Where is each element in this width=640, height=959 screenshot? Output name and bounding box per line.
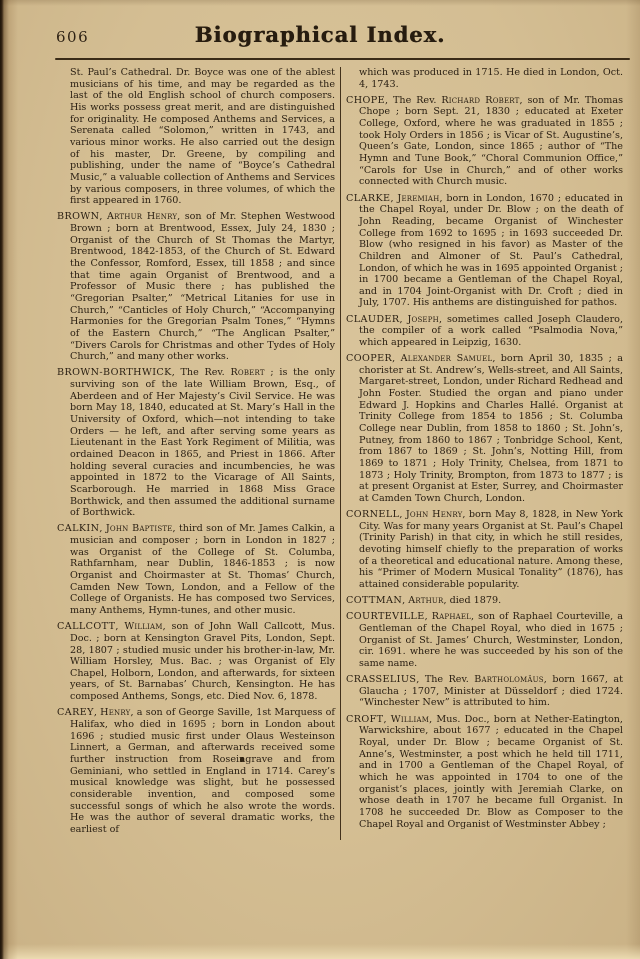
- entry-text: ,: [392, 353, 400, 364]
- entry-headword: CORNELL: [346, 509, 399, 520]
- entry-text: ,: [425, 611, 432, 622]
- entry-headword: CRASSELIUS: [346, 674, 416, 685]
- entry-text: , born in London, 1670 ; educated in the…: [359, 193, 623, 309]
- entry-text: which was produced in 1715. He died in L…: [359, 67, 623, 90]
- index-entry: BROWN-BORTHWICK, The Rev. Robert ; is th…: [57, 367, 335, 519]
- entry-given-names: Henry: [100, 707, 130, 718]
- index-entry: CLAUDER, Joseph, sometimes called Joseph…: [346, 314, 623, 349]
- index-entry: CALKIN, John Baptiste, third son of Mr. …: [57, 523, 335, 616]
- text-columns: St. Paul’s Cathedral. Dr. Boyce was one …: [57, 60, 640, 840]
- entry-text: , a son of George Saville, 1st Marquess …: [70, 707, 335, 835]
- index-entry: COURTEVILLE, Raphael, son of Raphael Cou…: [346, 611, 623, 669]
- scanned-book-page: 606 Biographical Index. St. Paul’s Cathe…: [0, 0, 640, 959]
- entry-headword: CAREY: [57, 707, 94, 718]
- entry-given-names: Bartholomäus: [474, 674, 543, 685]
- entry-given-names: Robert: [230, 367, 264, 378]
- index-entry: CORNELL, John Henry, born May 8, 1828, i…: [346, 509, 623, 591]
- index-entry: CAREY, Henry, a son of George Saville, 1…: [57, 707, 335, 835]
- entry-given-names: Arthur: [408, 595, 443, 606]
- entry-text: ; is the only surviving son of the late …: [70, 367, 335, 518]
- entry-text: , third son of Mr. James Calkin, a music…: [70, 523, 335, 616]
- index-entry: BROWN, Arthur Henry, son of Mr. Stephen …: [57, 211, 335, 363]
- left-column: St. Paul’s Cathedral. Dr. Boyce was one …: [57, 67, 335, 840]
- index-entry: CHOPE, The Rev. Richard Robert, son of M…: [346, 95, 623, 188]
- entry-headword: CHOPE: [346, 95, 385, 106]
- entry-headword: CALLCOTT: [57, 621, 115, 632]
- entry-text: , The Rev.: [385, 95, 441, 106]
- index-entry: CALLCOTT, William, son of John Wall Call…: [57, 621, 335, 703]
- entry-given-names: Raphael: [432, 611, 471, 622]
- entry-text: , born April 30, 1835 ; a chorister at S…: [359, 353, 623, 504]
- entry-headword: COOPER: [346, 353, 392, 364]
- entry-given-names: Joseph: [407, 314, 439, 325]
- entry-given-names: Richard Robert: [441, 95, 519, 106]
- entry-given-names: William: [124, 621, 162, 632]
- entry-headword: BROWN-BORTHWICK: [57, 367, 172, 378]
- entry-given-names: John Henry: [406, 509, 463, 520]
- entry-headword: COTTMAN: [346, 595, 402, 606]
- page-header: 606 Biographical Index.: [0, 0, 640, 58]
- continued-paragraph: St. Paul’s Cathedral. Dr. Boyce was one …: [57, 67, 335, 207]
- entry-text: , son of Mr. Thomas Chope ; born Sept. 2…: [359, 95, 623, 188]
- entry-text: St. Paul’s Cathedral. Dr. Boyce was one …: [70, 67, 335, 206]
- entry-text: ,: [115, 621, 124, 632]
- entry-text: , son of John Wall Callcott, Mus. Doc. ;…: [70, 621, 335, 702]
- entry-text: , The Rev.: [172, 367, 231, 378]
- index-entry: CRASSELIUS, The Rev. Bartholomäus, born …: [346, 674, 623, 709]
- entry-given-names: John Baptiste: [106, 523, 173, 534]
- entry-given-names: Arthur Henry: [107, 211, 177, 222]
- index-entry: CLARKE, Jeremiah, born in London, 1670 ;…: [346, 193, 623, 310]
- right-column: which was produced in 1715. He died in L…: [346, 67, 623, 840]
- entry-text: , son of Mr. Stephen Westwood Brown ; bo…: [70, 211, 335, 362]
- entry-headword: CLARKE: [346, 193, 390, 204]
- entry-text: ,: [99, 211, 107, 222]
- entry-given-names: Alexander Samuel: [401, 353, 493, 364]
- page-title: Biographical Index.: [0, 22, 640, 47]
- entry-given-names: William: [391, 714, 429, 725]
- entry-headword: CALKIN: [57, 523, 99, 534]
- entry-headword: COURTEVILLE: [346, 611, 425, 622]
- column-divider-rule: [340, 67, 341, 840]
- index-entry: COOPER, Alexander Samuel, born April 30,…: [346, 353, 623, 505]
- entry-text: , died 1879.: [443, 595, 501, 606]
- entry-given-names: Jeremiah: [397, 193, 439, 204]
- entry-headword: CLAUDER: [346, 314, 399, 325]
- entry-text: , born May 8, 1828, in New York City. Wa…: [359, 509, 623, 590]
- entry-headword: BROWN: [57, 211, 99, 222]
- continued-paragraph: which was produced in 1715. He died in L…: [346, 67, 623, 90]
- index-entry: CROFT, William, Mus. Doc., born at Nethe…: [346, 714, 623, 831]
- entry-text: ,: [384, 714, 391, 725]
- entry-headword: CROFT: [346, 714, 384, 725]
- entry-text: , The Rev.: [416, 674, 474, 685]
- entry-text: , Mus. Doc., born at Nether-Eatington, W…: [359, 714, 623, 830]
- index-entry: COTTMAN, Arthur, died 1879.: [346, 595, 623, 607]
